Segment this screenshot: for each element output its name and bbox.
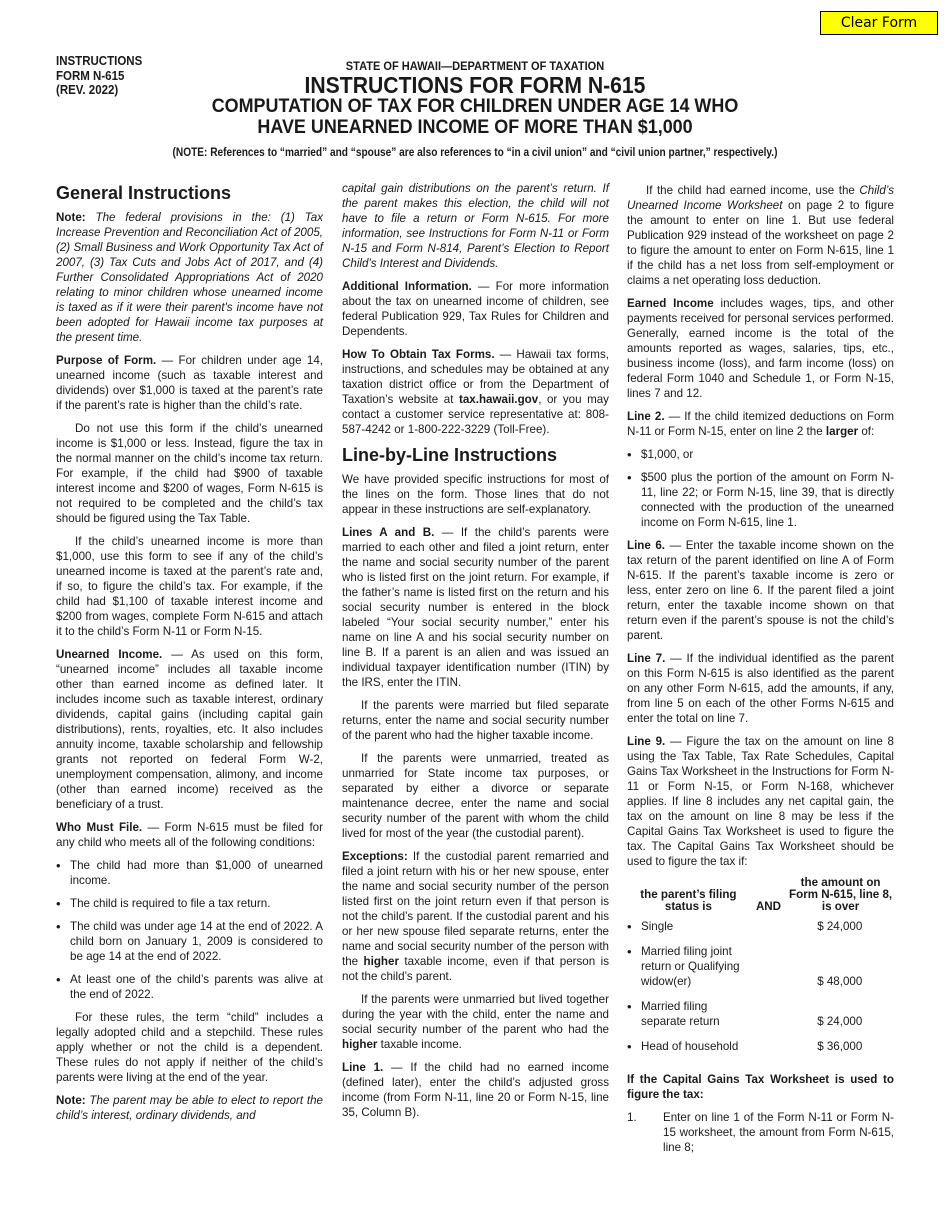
line-2-instructions: Line 2. — If the child itemized deductio… <box>627 409 894 439</box>
obtain-tax-forms: How To Obtain Tax Forms. — Hawaii tax fo… <box>342 347 609 437</box>
conditions-list: The child had more than $1,000 of unearn… <box>56 858 323 1002</box>
agency-name: STATE OF HAWAII—DEPARTMENT OF TAXATION <box>38 59 912 73</box>
addl-label: Additional Information. <box>342 280 472 293</box>
table-header-status: the parent’s filing status is <box>627 877 750 919</box>
filing-status: Married filing separate return <box>627 999 750 1039</box>
table-row: Married filing separate return$ 24,000 <box>627 999 894 1039</box>
earned-text: includes wages, tips, and other payments… <box>627 297 894 400</box>
note-label: Note: <box>56 211 86 224</box>
civil-union-note: (NOTE: References to “married” and “spou… <box>57 147 893 159</box>
purpose-label: Purpose of Form. <box>56 354 156 367</box>
if-more-paragraph: If the child’s unearned income is more t… <box>56 534 323 639</box>
line-6-instructions: Line 6. — Enter the taxable income shown… <box>627 538 894 643</box>
parent-election-note: Note: The parent may be able to elect to… <box>56 1093 323 1123</box>
line2-options-list: $1,000, or $500 plus the portion of the … <box>627 447 894 530</box>
unearned-label: Unearned Income. <box>56 648 162 661</box>
table-header-amount: the amount on Form N-615, line 8, is ove… <box>787 877 894 919</box>
line6-text: — Enter the taxable income shown on the … <box>627 539 894 642</box>
note2-text: The parent may be able to elect to repor… <box>56 1094 323 1122</box>
line9-text: — Figure the tax on the amount on line 8… <box>627 735 894 868</box>
website-link[interactable]: tax.hawaii.gov <box>459 393 538 406</box>
line2-label: Line 2. <box>627 410 665 423</box>
purpose-of-form: Purpose of Form. — For children under ag… <box>56 353 323 413</box>
lived-text: If the parents were unmarried but lived … <box>342 993 609 1036</box>
subtitle-line2: HAVE UNEARNED INCOME OF MORE THAN $1,000 <box>38 117 912 138</box>
filing-status-table: the parent’s filing status is AND the am… <box>627 877 894 1064</box>
line6-label: Line 6. <box>627 539 665 552</box>
capital-gains-heading: If the Capital Gains Tax Worksheet is us… <box>627 1072 894 1102</box>
threshold-amount: $ 36,000 <box>787 1039 894 1064</box>
table-header-and: AND <box>750 877 787 919</box>
do-not-use-paragraph: Do not use this form if the child’s unea… <box>56 421 323 526</box>
line-1-instructions: Line 1. — If the child had no earned inc… <box>342 1060 609 1120</box>
line-7-instructions: Line 7. — If the individual identified a… <box>627 651 894 726</box>
line-by-line-intro: We have provided specific instructions f… <box>342 472 609 517</box>
threshold-amount: $ 48,000 <box>787 944 894 999</box>
lines-ab-text: — If the child’s parents were married to… <box>342 526 609 689</box>
lived-text-end: taxable income. <box>377 1038 461 1051</box>
higher-emphasis: higher <box>364 955 399 968</box>
line1-text: — If the child had no earned income (def… <box>342 1061 609 1119</box>
list-item: At least one of the child’s parents was … <box>56 972 323 1002</box>
unmarried-paragraph: If the parents were unmarried, treated a… <box>342 751 609 841</box>
exceptions: Exceptions: If the custodial parent rema… <box>342 849 609 984</box>
column-2: capital gain distributions on the parent… <box>342 181 609 1128</box>
step-number: 1. <box>627 1110 663 1155</box>
list-item: The child had more than $1,000 of unearn… <box>56 858 323 888</box>
step-text: Enter on line 1 of the Form N-11 or Form… <box>663 1110 894 1155</box>
federal-provisions-note: Note: The federal provisions in the: (1)… <box>56 210 323 345</box>
filing-status: Single <box>627 919 750 944</box>
line2-text-end: of: <box>858 425 874 438</box>
line1-label: Line 1. <box>342 1061 383 1074</box>
separate-returns-paragraph: If the parents were married but filed se… <box>342 698 609 743</box>
clear-form-button[interactable]: Clear Form <box>820 11 938 35</box>
additional-information: Additional Information. — For more infor… <box>342 279 609 339</box>
filing-status: Head of household <box>627 1039 750 1064</box>
who-label: Who Must File. <box>56 821 142 834</box>
cg-heading-text: If the Capital Gains Tax Worksheet is us… <box>627 1073 894 1101</box>
note-text: The federal provisions in the: (1) Tax I… <box>56 211 323 344</box>
filing-status: Married filing joint return or Qualifyin… <box>627 944 750 999</box>
who-must-file: Who Must File. — Form N-615 must be file… <box>56 820 323 850</box>
list-item: $500 plus the portion of the amount on F… <box>627 470 894 530</box>
line7-label: Line 7. <box>627 652 665 665</box>
parent-election-continued: capital gain distributions on the parent… <box>342 181 609 271</box>
threshold-amount: $ 24,000 <box>787 919 894 944</box>
lived-together-paragraph: If the parents were unmarried but lived … <box>342 992 609 1052</box>
exceptions-text: If the custodial parent remarried and fi… <box>342 850 609 968</box>
threshold-amount: $ 24,000 <box>787 999 894 1039</box>
earned-income-definition: Earned Income includes wages, tips, and … <box>627 296 894 401</box>
page-subtitle: COMPUTATION OF TAX FOR CHILDREN UNDER AG… <box>38 96 912 138</box>
list-item: The child is required to file a tax retu… <box>56 896 323 911</box>
list-item: $1,000, or <box>627 447 894 462</box>
column-1: General Instructions Note: The federal p… <box>56 180 323 1131</box>
unearned-text: — As used on this form, “unearned income… <box>56 648 323 811</box>
subtitle-line1: COMPUTATION OF TAX FOR CHILDREN UNDER AG… <box>38 96 912 117</box>
line-by-line-heading: Line-by-Line Instructions <box>342 445 609 466</box>
table-row: Single$ 24,000 <box>627 919 894 944</box>
column-3: If the child had earned income, use the … <box>627 183 894 1155</box>
lines-a-and-b: Lines A and B. — If the child’s parents … <box>342 525 609 690</box>
higher-emphasis: higher <box>342 1038 377 1051</box>
obtain-label: How To Obtain Tax Forms. <box>342 348 495 361</box>
line9-label: Line 9. <box>627 735 665 748</box>
earned-income-worksheet-paragraph: If the child had earned income, use the … <box>627 183 894 288</box>
exceptions-label: Exceptions: <box>342 850 408 863</box>
child-term-paragraph: For these rules, the term “child” includ… <box>56 1010 323 1085</box>
list-item: The child was under age 14 at the end of… <box>56 919 323 964</box>
worksheet-text: If the child had earned income, use the <box>646 184 859 197</box>
line7-text: — If the individual identified as the pa… <box>627 652 894 725</box>
table-row: Married filing joint return or Qualifyin… <box>627 944 894 999</box>
larger-emphasis: larger <box>826 425 858 438</box>
worksheet-text-end: on page 2 to figure the amount to enter … <box>627 199 894 287</box>
unearned-income: Unearned Income. — As used on this form,… <box>56 647 323 812</box>
cg-step: 1. Enter on line 1 of the Form N-11 or F… <box>627 1110 894 1155</box>
earned-label: Earned Income <box>627 297 714 310</box>
table-row: Head of household$ 36,000 <box>627 1039 894 1064</box>
line-9-instructions: Line 9. — Figure the tax on the amount o… <box>627 734 894 869</box>
note2-label: Note: <box>56 1094 86 1107</box>
general-instructions-heading: General Instructions <box>56 183 323 204</box>
lines-ab-label: Lines A and B. <box>342 526 434 539</box>
